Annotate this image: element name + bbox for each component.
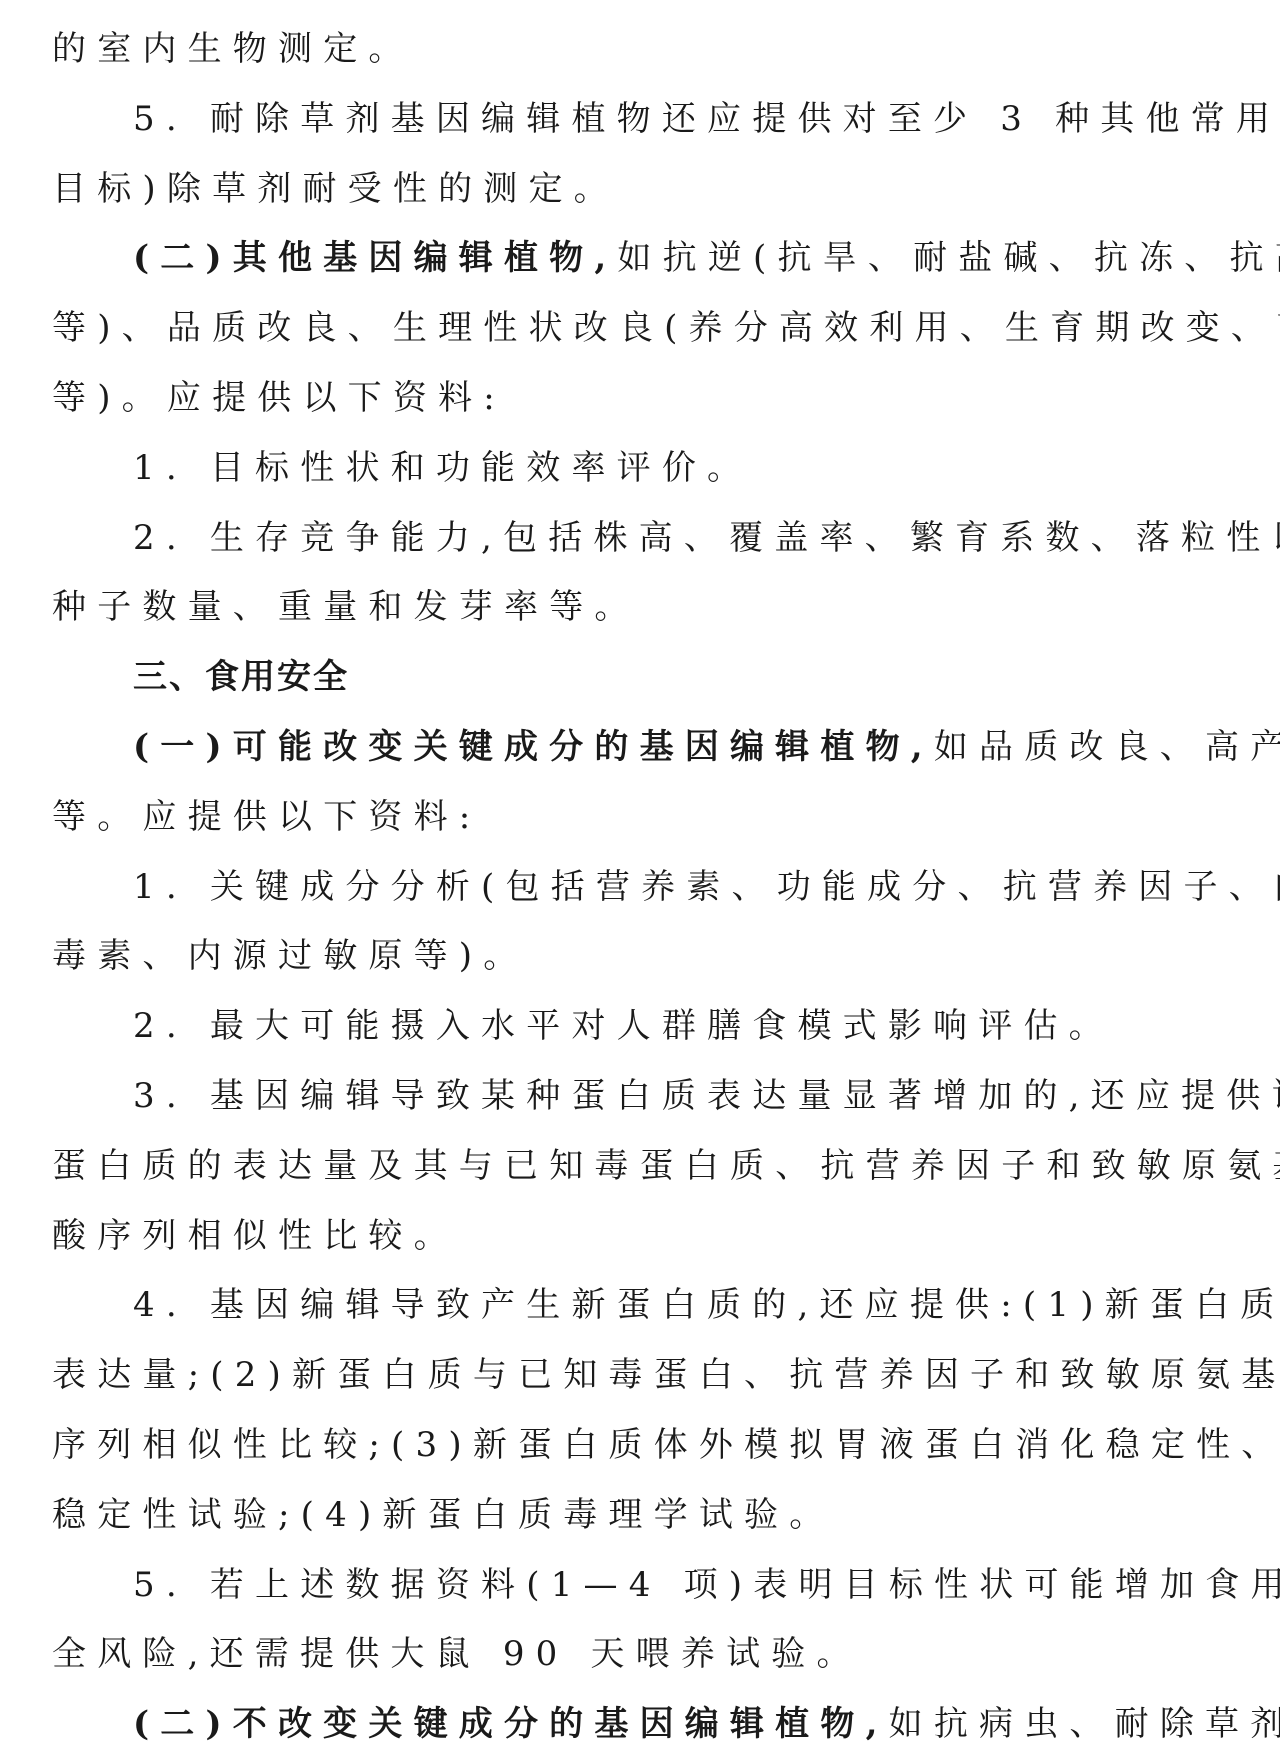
paragraph-line: 种子数量、重量和发芽率等。 — [52, 573, 1234, 643]
line-text: 序列相似性比较;(3)新蛋白质体外模拟胃液蛋白消化稳定性、热 — [52, 1425, 1280, 1465]
line-text: 等。应提供以下资料: — [52, 797, 481, 837]
paragraph-line: 表达量;(2)新蛋白质与已知毒蛋白、抗营养因子和致敏原氨基酸 — [52, 1341, 1234, 1411]
subheading-text: (二)其他基因编辑植物, — [133, 238, 617, 278]
document-page: 的室内生物测定。 5. 耐除草剂基因编辑植物还应提供对至少 3 种其他常用(非 … — [52, 15, 1234, 1760]
paragraph-line: 等)。应提供以下资料: — [52, 364, 1234, 434]
paragraph-line: 的室内生物测定。 — [52, 15, 1234, 85]
line-text: 目标)除草剂耐受性的测定。 — [52, 169, 619, 209]
paragraph-line: 酸序列相似性比较。 — [52, 1202, 1234, 1272]
line-text: 蛋白质的表达量及其与已知毒蛋白质、抗营养因子和致敏原氨基 — [52, 1146, 1280, 1186]
line-text: 等)。应提供以下资料: — [52, 378, 506, 418]
paragraph-line: 2. 生存竞争能力,包括株高、覆盖率、繁育系数、落粒性以及 — [52, 504, 1234, 574]
line-text: 的室内生物测定。 — [52, 29, 414, 69]
line-text: 全风险,还需提供大鼠 90 天喂养试验。 — [52, 1634, 862, 1674]
paragraph-line: 毒素、内源过敏原等)。 — [52, 922, 1234, 992]
line-text: 1. 目标性状和功能效率评价。 — [133, 448, 752, 488]
section-heading-text: 三、食用安全 — [133, 657, 349, 697]
line-text: 等)、品质改良、生理性状改良(养分高效利用、生育期改变、高产 — [52, 308, 1280, 348]
paragraph-line: (二)其他基因编辑植物,如抗逆(抗旱、耐盐碱、抗冻、抗高温 — [52, 224, 1234, 294]
paragraph-line: 5. 若上述数据资料(1—4 项)表明目标性状可能增加食用安 — [52, 1551, 1234, 1621]
paragraph-line: 等。应提供以下资料: — [52, 783, 1234, 853]
paragraph-line: 全风险,还需提供大鼠 90 天喂养试验。 — [52, 1620, 1234, 1690]
paragraph-line: 目标)除草剂耐受性的测定。 — [52, 155, 1234, 225]
paragraph-line: (一)可能改变关键成分的基因编辑植物,如品质改良、高产 — [52, 713, 1234, 783]
line-text: 1. 关键成分分析(包括营养素、功能成分、抗营养因子、内源 — [133, 867, 1280, 907]
subheading-text: (二)不改变关键成分的基因编辑植物, — [133, 1704, 889, 1744]
paragraph-line: 序列相似性比较;(3)新蛋白质体外模拟胃液蛋白消化稳定性、热 — [52, 1411, 1234, 1481]
section-heading: 三、食用安全 — [52, 643, 1234, 713]
line-text: 5. 若上述数据资料(1—4 项)表明目标性状可能增加食用安 — [133, 1565, 1280, 1605]
line-text: 酸序列相似性比较。 — [52, 1216, 459, 1256]
line-text: 2. 生存竞争能力,包括株高、覆盖率、繁育系数、落粒性以及 — [133, 518, 1280, 558]
line-text: 5. 耐除草剂基因编辑植物还应提供对至少 3 种其他常用(非 — [133, 99, 1280, 139]
line-text: 稳定性试验;(4)新蛋白质毒理学试验。 — [52, 1495, 834, 1535]
line-text: 3. 基因编辑导致某种蛋白质表达量显著增加的,还应提供该 — [133, 1076, 1280, 1116]
line-text: 如品质改良、高产 — [934, 727, 1280, 767]
paragraph-line: 2. 最大可能摄入水平对人群膳食模式影响评估。 — [52, 992, 1234, 1062]
line-text: 表达量;(2)新蛋白质与已知毒蛋白、抗营养因子和致敏原氨基酸 — [52, 1355, 1280, 1395]
paragraph-line: 等)、品质改良、生理性状改良(养分高效利用、生育期改变、高产 — [52, 294, 1234, 364]
subheading-text: (一)可能改变关键成分的基因编辑植物, — [133, 727, 934, 767]
paragraph-line: 1. 关键成分分析(包括营养素、功能成分、抗营养因子、内源 — [52, 853, 1234, 923]
paragraph-line: 3. 基因编辑导致某种蛋白质表达量显著增加的,还应提供该 — [52, 1062, 1234, 1132]
line-text: 2. 最大可能摄入水平对人群膳食模式影响评估。 — [133, 1006, 1114, 1046]
paragraph-line: (二)不改变关键成分的基因编辑植物,如抗病虫、耐除草剂、 — [52, 1690, 1234, 1760]
paragraph-line: 4. 基因编辑导致产生新蛋白质的,还应提供:(1)新蛋白质的 — [52, 1271, 1234, 1341]
paragraph-line: 稳定性试验;(4)新蛋白质毒理学试验。 — [52, 1481, 1234, 1551]
paragraph-line: 1. 目标性状和功能效率评价。 — [52, 434, 1234, 504]
line-text: 如抗病虫、耐除草剂、 — [889, 1704, 1280, 1744]
paragraph-line: 蛋白质的表达量及其与已知毒蛋白质、抗营养因子和致敏原氨基 — [52, 1132, 1234, 1202]
paragraph-line: 5. 耐除草剂基因编辑植物还应提供对至少 3 种其他常用(非 — [52, 85, 1234, 155]
line-text: 如抗逆(抗旱、耐盐碱、抗冻、抗高温 — [617, 238, 1280, 278]
line-text: 种子数量、重量和发芽率等。 — [52, 587, 640, 627]
line-text: 4. 基因编辑导致产生新蛋白质的,还应提供:(1)新蛋白质的 — [133, 1285, 1280, 1325]
line-text: 毒素、内源过敏原等)。 — [52, 936, 528, 976]
